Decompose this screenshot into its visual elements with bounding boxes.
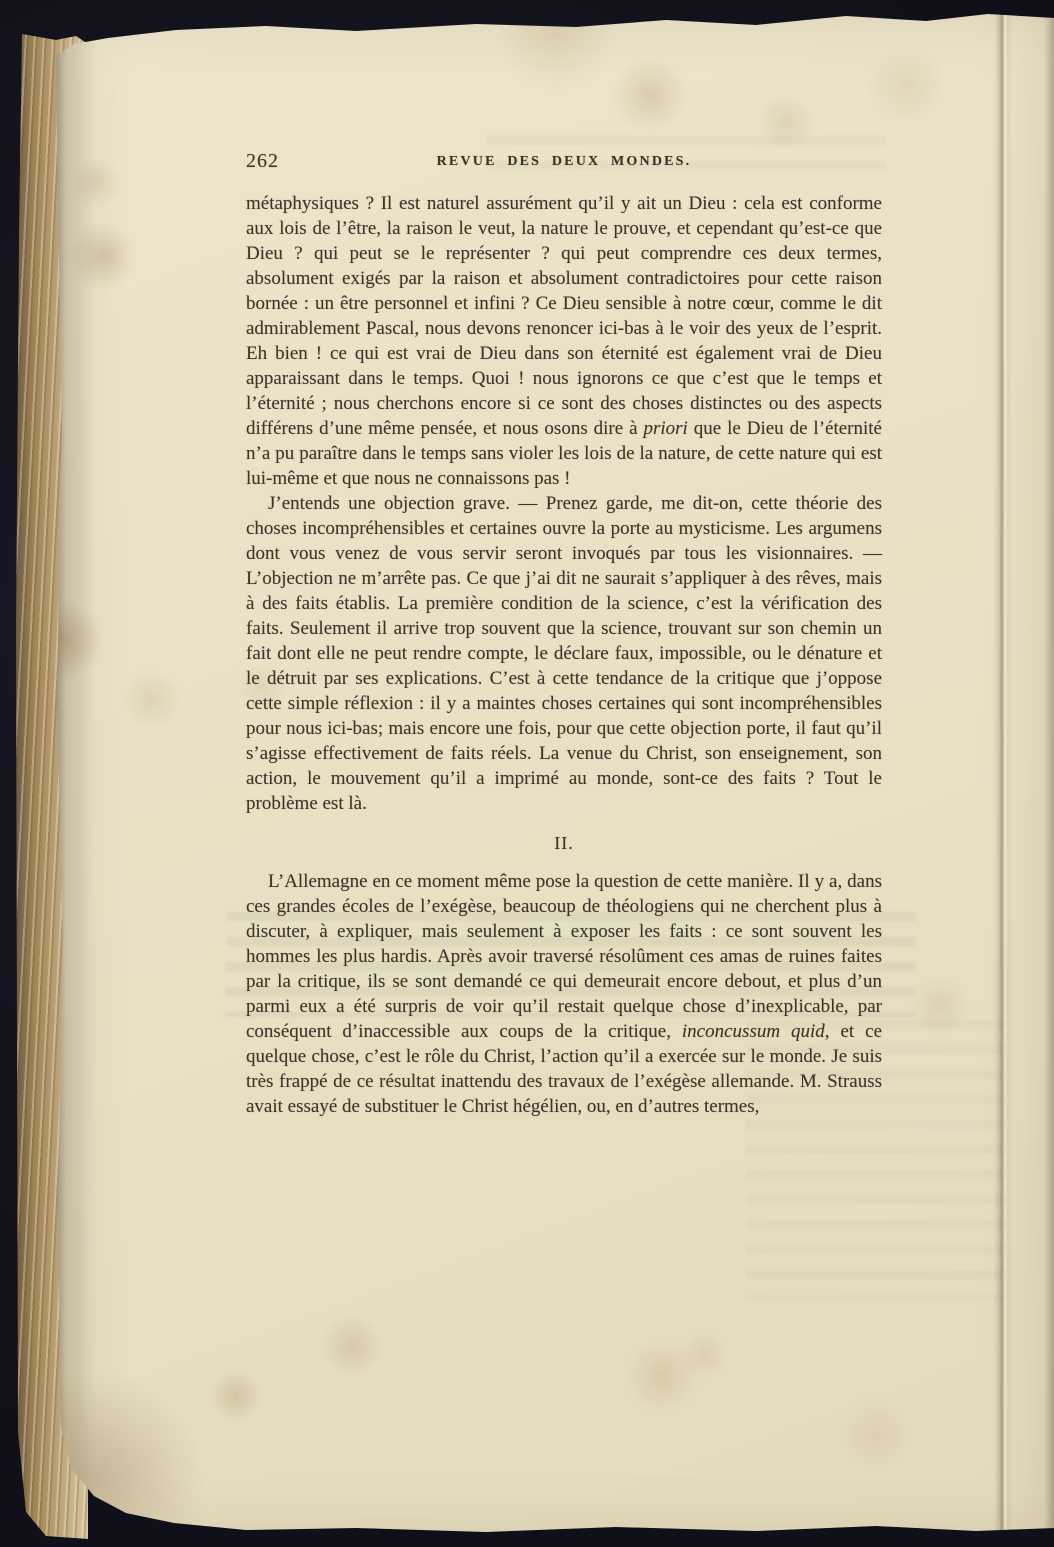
printed-content: 262 REVUE DES DEUX MONDES. métaphysiques… [246, 150, 882, 1119]
page-fold-crease [994, 0, 1012, 1547]
paragraph-2-text: J’entends une objection grave. — Prenez … [246, 493, 882, 814]
page-number: 262 [246, 150, 279, 173]
italic-term-inconcussum-quid: inconcussum quid [682, 1021, 825, 1042]
paragraph-2: J’entends une objection grave. — Prenez … [246, 491, 882, 816]
page-header: 262 REVUE DES DEUX MONDES. [246, 150, 882, 176]
page-gutter-shading [56, 0, 96, 1547]
paragraph-1: métaphysiques ? Il est naturel assurémen… [246, 191, 882, 491]
book-page: 262 REVUE DES DEUX MONDES. métaphysiques… [56, 0, 1054, 1547]
running-head: REVUE DES DEUX MONDES. [246, 150, 882, 170]
italic-term-priori: priori [643, 418, 687, 439]
paragraph-1-text: métaphysiques ? Il est naturel assurémen… [246, 193, 882, 439]
right-edge-shading [1044, 0, 1054, 1547]
body-text: métaphysiques ? Il est naturel assurémen… [246, 191, 882, 1119]
paragraph-3-text: L’Allemagne en ce moment même pose la qu… [246, 871, 882, 1042]
paragraph-3: L’Allemagne en ce moment même pose la qu… [246, 869, 882, 1119]
section-heading: II. [246, 833, 882, 854]
